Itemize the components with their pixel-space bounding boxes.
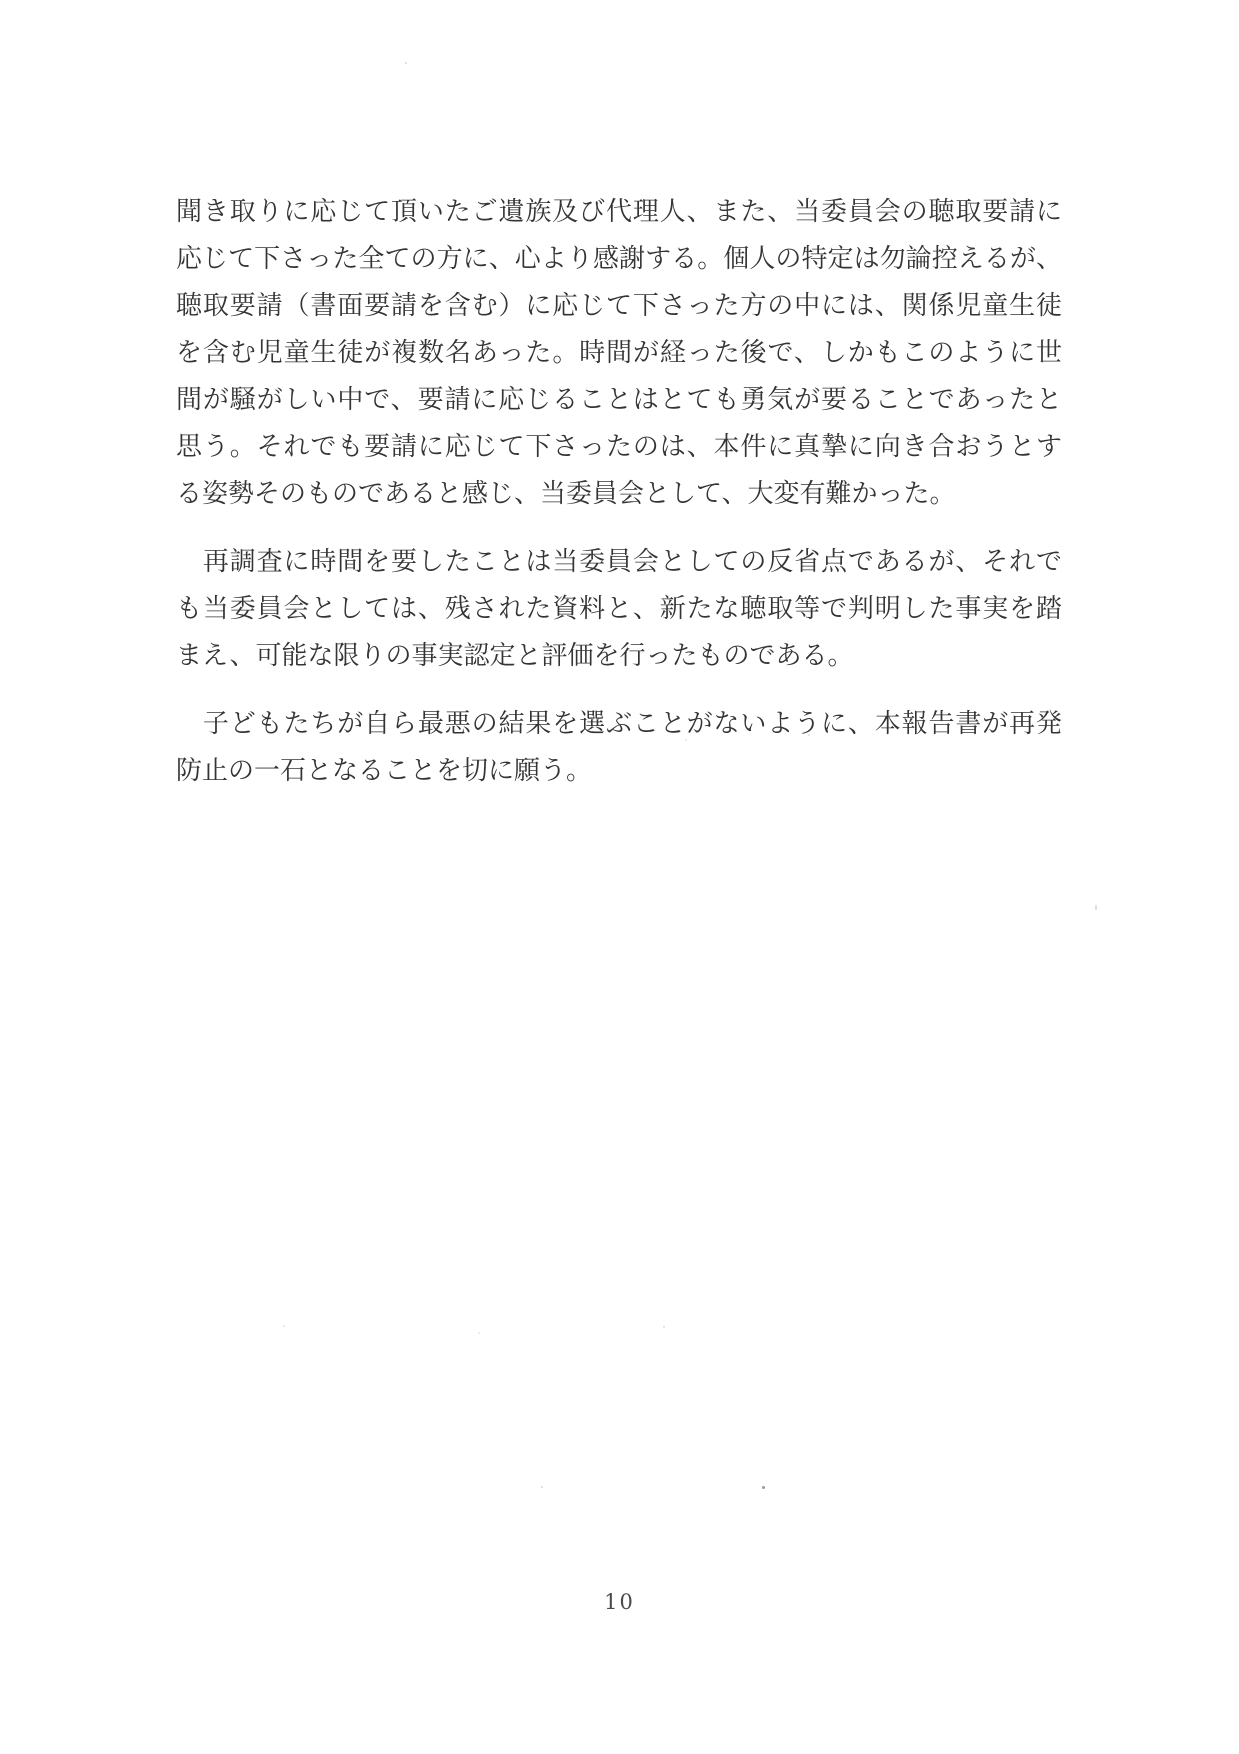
paragraph-acknowledgement: 聞き取りに応じて頂いたご遺族及び代理人、また、当委員会の聴取要請に 応じて下さっ… — [176, 189, 1062, 518]
paragraph-closing-wish: 子どもたちが自ら最悪の結果を選ぶことがないように、本報告書が再発 防止の一石とな… — [176, 701, 1062, 795]
document-body: 聞き取りに応じて頂いたご遺族及び代理人、また、当委員会の聴取要請に 応じて下さっ… — [176, 189, 1062, 816]
text-line: 聞き取りに応じて頂いたご遺族及び代理人、また、当委員会の聴取要請に — [176, 189, 1062, 236]
scanned-document-page: 聞き取りに応じて頂いたご遺族及び代理人、また、当委員会の聴取要請に 応じて下さっ… — [0, 0, 1239, 1754]
text-line: 再調査に時間を要したことは当委員会としての反省点であるが、それで — [176, 539, 1062, 586]
paragraph-reinvestigation: 再調査に時間を要したことは当委員会としての反省点であるが、それで も当委員会とし… — [176, 539, 1062, 680]
scan-speck — [283, 1325, 285, 1327]
scan-speck — [541, 1486, 543, 1488]
scan-speck — [478, 1332, 480, 1334]
scan-speck — [1095, 905, 1097, 910]
text-line: 応じて下さった全ての方に、心より感謝する。個人の特定は勿論控えるが、 — [176, 236, 1062, 283]
text-line: も当委員会としては、残された資料と、新たな聴取等で判明した事実を踏 — [176, 586, 1062, 633]
text-line: 子どもたちが自ら最悪の結果を選ぶことがないように、本報告書が再発 — [176, 701, 1062, 748]
scan-speck — [685, 739, 687, 741]
text-line: を含む児童生徒が複数名あった。時間が経った後で、しかもこのように世 — [176, 330, 1062, 377]
text-line: る姿勢そのものであると感じ、当委員会として、大変有難かった。 — [176, 471, 1062, 518]
page-number: 10 — [0, 1590, 1239, 1614]
text-line: まえ、可能な限りの事実認定と評価を行ったものである。 — [176, 633, 1062, 680]
text-line: 聴取要請（書面要請を含む）に応じて下さった方の中には、関係児童生徒 — [176, 283, 1062, 330]
text-line: 思う。それでも要請に応じて下さったのは、本件に真摯に向き合おうとす — [176, 424, 1062, 471]
text-line: 防止の一石となることを切に願う。 — [176, 748, 1062, 795]
scan-speck — [663, 1326, 665, 1328]
scan-speck — [405, 62, 407, 64]
scan-speck — [808, 734, 810, 736]
text-line: 間が騒がしい中で、要請に応じることはとても勇気が要ることであったと — [176, 377, 1062, 424]
scan-speck — [762, 1486, 765, 1489]
